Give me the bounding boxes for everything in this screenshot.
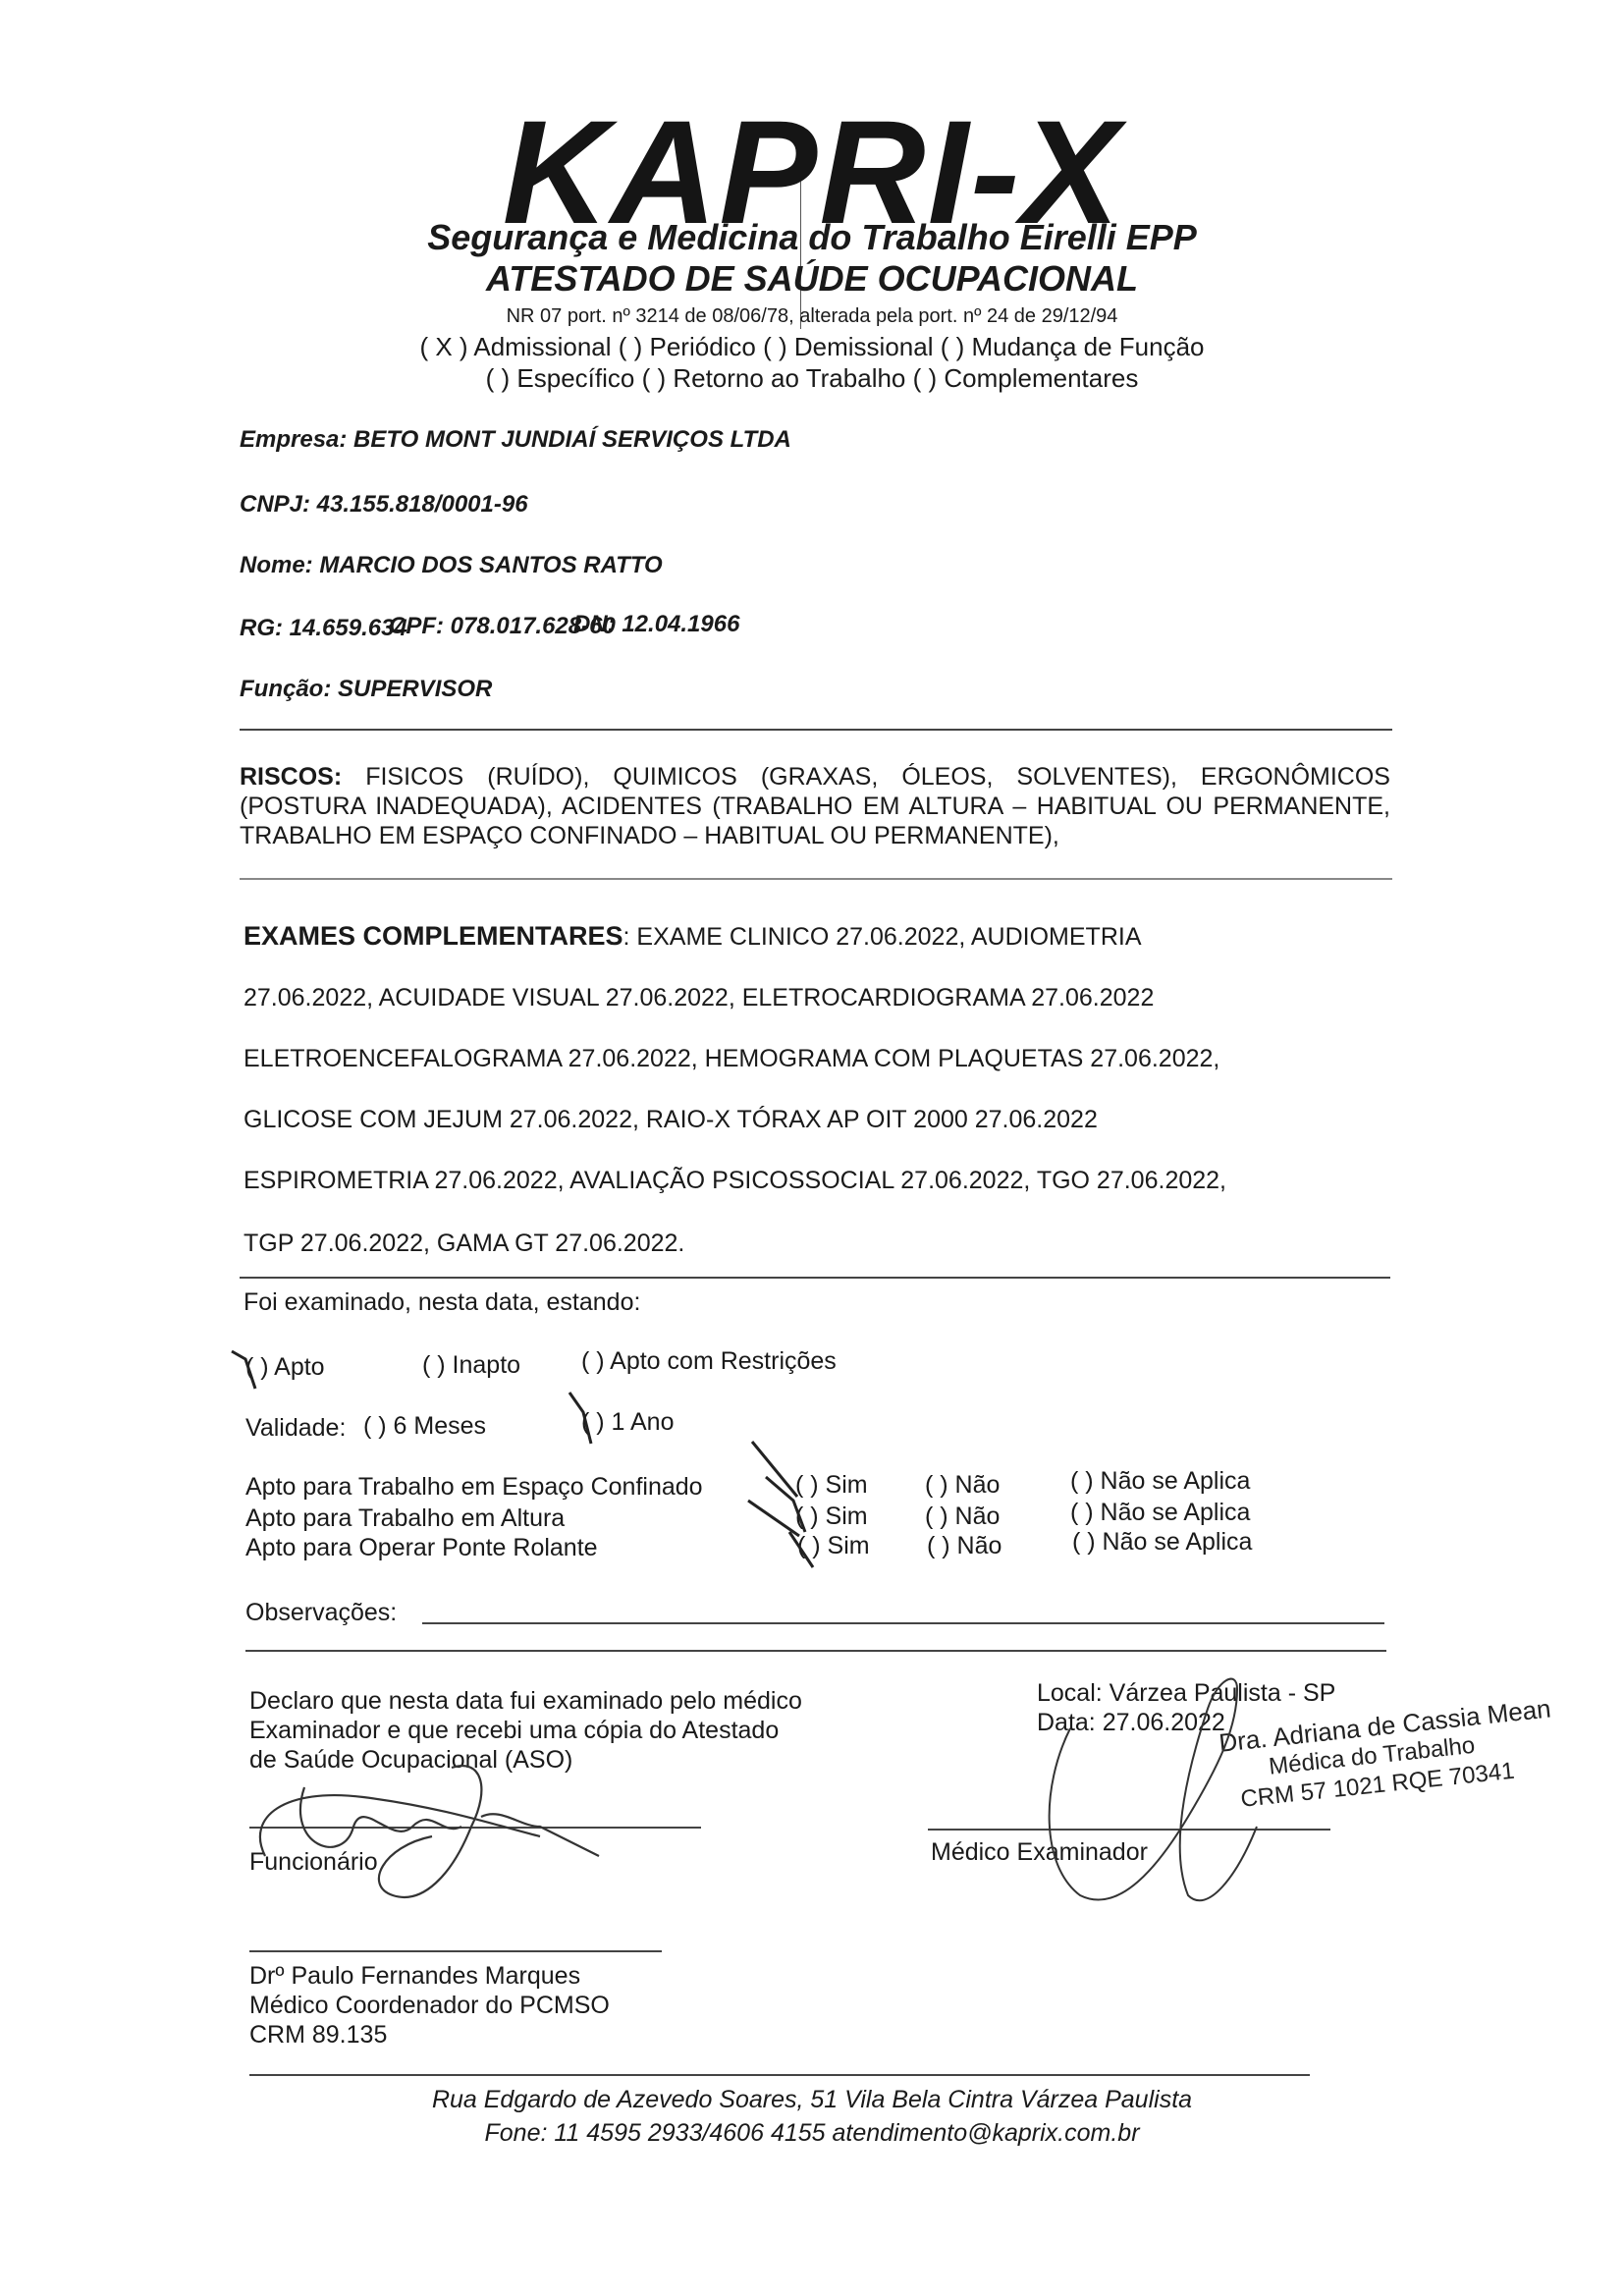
exames-line-1: EXAMES COMPLEMENTARES: EXAME CLINICO 27.… <box>244 923 1142 950</box>
exam-type-options-row2: ( ) Específico ( ) Retorno ao Trabalho (… <box>0 365 1624 391</box>
medico-signature-icon <box>1041 1669 1316 1925</box>
aptidao-espaco-confinado-nao: ( ) Não <box>925 1473 1000 1498</box>
riscos-label: RISCOS: <box>240 763 342 791</box>
coordenador-role: Médico Coordenador do PCMSO <box>249 1994 610 2018</box>
empresa-field: Empresa: BETO MONT JUNDIAÍ SERVIÇOS LTDA <box>240 428 791 452</box>
exam-type-options-row1: ( X ) Admissional ( ) Periódico ( ) Demi… <box>0 334 1624 359</box>
inapto-option: ( ) Inapto <box>422 1353 520 1378</box>
coordenador-crm: CRM 89.135 <box>249 2023 387 2048</box>
riscos-section: RISCOS: FISICOS (RUÍDO), QUIMICOS (GRAXA… <box>240 762 1390 850</box>
checkmarks-aptidoes-icon <box>746 1438 854 1571</box>
declaracao-line-1: Declaro que nesta data fui examinado pel… <box>249 1689 802 1714</box>
exames-line-2: 27.06.2022, ACUIDADE VISUAL 27.06.2022, … <box>244 986 1154 1011</box>
apto-restricoes-option: ( ) Apto com Restrições <box>581 1349 837 1374</box>
document-title: ATESTADO DE SAÚDE OCUPACIONAL <box>0 261 1624 297</box>
aptidao-espaco-confinado-label: Apto para Trabalho em Espaço Confinado <box>245 1475 703 1500</box>
aptidao-altura-nao: ( ) Não <box>925 1504 1000 1529</box>
rg-field: RG: 14.659.634 <box>240 617 407 640</box>
exames-line-4: GLICOSE COM JEJUM 27.06.2022, RAIO-X TÓR… <box>244 1108 1098 1132</box>
company-name: Segurança e Medicina do Trabalho Eirelli… <box>0 220 1624 255</box>
aptidao-ponte-rolante-label: Apto para Operar Ponte Rolante <box>245 1536 598 1560</box>
footer-contact: Fone: 11 4595 2933/4606 4155 atendimento… <box>0 2121 1624 2146</box>
divider <box>240 1277 1390 1279</box>
checkmark-apto-icon <box>228 1345 287 1394</box>
aptidao-altura-label: Apto para Trabalho em Altura <box>245 1506 565 1531</box>
aptidao-ponte-rolante-na: ( ) Não se Aplica <box>1072 1530 1252 1555</box>
resultado-intro: Foi examinado, nesta data, estando: <box>244 1290 640 1315</box>
observacoes-line-2[interactable] <box>245 1650 1386 1652</box>
aptidao-espaco-confinado-na: ( ) Não se Aplica <box>1070 1469 1250 1494</box>
aptidao-altura-na: ( ) Não se Aplica <box>1070 1501 1250 1525</box>
validade-label: Validade: <box>245 1416 346 1441</box>
nome-field: Nome: MARCIO DOS SANTOS RATTO <box>240 554 663 577</box>
exames-line-3: ELETROENCEFALOGRAMA 27.06.2022, HEMOGRAM… <box>244 1047 1219 1071</box>
footer-divider <box>249 2074 1310 2076</box>
aptidao-ponte-rolante-nao: ( ) Não <box>927 1534 1001 1558</box>
exames-line-6: TGP 27.06.2022, GAMA GT 27.06.2022. <box>244 1231 684 1256</box>
observacoes-label: Observações: <box>245 1601 397 1625</box>
funcao-field: Função: SUPERVISOR <box>240 678 492 701</box>
divider <box>240 878 1392 880</box>
dn-field: DN: 12.04.1966 <box>573 613 739 636</box>
funcionario-signature-icon <box>245 1728 619 1915</box>
exames-label: EXAMES COMPLEMENTARES <box>244 921 623 951</box>
cnpj-field: CNPJ: 43.155.818/0001-96 <box>240 493 528 517</box>
exames-line-5: ESPIROMETRIA 27.06.2022, AVALIAÇÃO PSICO… <box>244 1169 1226 1193</box>
divider <box>240 729 1392 731</box>
regulation-text: NR 07 port. nº 3214 de 08/06/78, alterad… <box>0 306 1624 326</box>
observacoes-line-1[interactable] <box>422 1622 1384 1624</box>
validade-6-meses-option: ( ) 6 Meses <box>363 1414 486 1439</box>
footer-address: Rua Edgardo de Azevedo Soares, 51 Vila B… <box>0 2088 1624 2112</box>
coordenador-name: Drº Paulo Fernandes Marques <box>249 1964 580 1989</box>
riscos-text: FISICOS (RUÍDO), QUIMICOS (GRAXAS, ÓLEOS… <box>240 763 1390 849</box>
checkmark-1-ano-icon <box>566 1389 615 1448</box>
coordenador-signature-line <box>249 1950 662 1952</box>
